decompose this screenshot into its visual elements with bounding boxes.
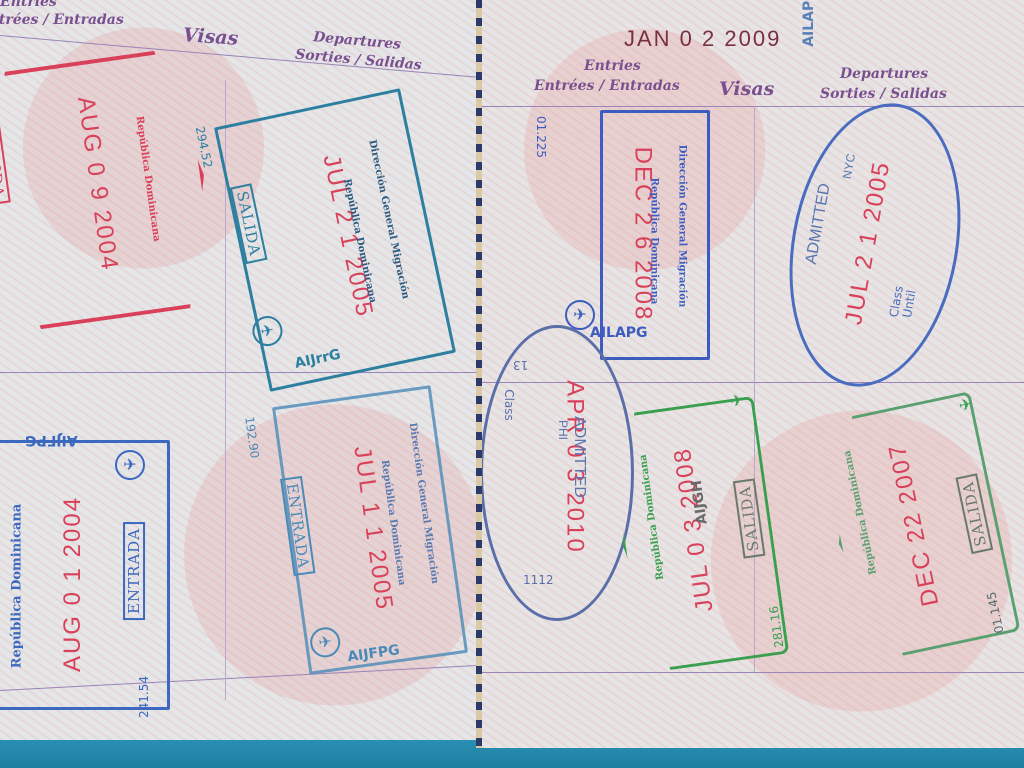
passport-left-page: Entries Entrées / Entradas Visas Departu… xyxy=(0,0,478,740)
page-rule xyxy=(0,372,478,373)
stamp-departure-jul-21-2005: JUL 2 1 2005 Dirección General Migración… xyxy=(214,88,456,392)
header-departures: Departures xyxy=(840,66,928,82)
stamp-entry-dec-26-2008: DEC 2 6 2008 Dirección General Migración… xyxy=(560,110,710,360)
stamp-number-top: 13 xyxy=(513,358,528,372)
stamp-entry-aug-01-2004: AUG 0 1 2004 República Dominicana ENTRAD… xyxy=(0,440,170,710)
stamp-code: AILAPG xyxy=(590,325,648,341)
stamp-port: NYC xyxy=(840,153,858,180)
header-entries: Entries xyxy=(0,0,57,10)
stamp-code: AIJFPG xyxy=(25,432,78,448)
stamp-agency: República Dominicana xyxy=(11,504,23,669)
stamp-port: PHI xyxy=(556,420,570,440)
header-entries-fr-es: Entrées / Entradas xyxy=(534,78,680,94)
stamp-status: ADMITTED xyxy=(803,182,835,266)
stamp-class-label: Class xyxy=(502,389,516,421)
header-visas: Visas xyxy=(182,24,239,50)
stamp-us-admission-jul-21-2005: JUL 2 1 2005 ADMITTED NYC Class Until xyxy=(768,90,981,400)
stamp-us-admission-apr-03-2010: APR 0 3 2010 ADMITTED PHI Class 13 1112 xyxy=(482,325,634,621)
passport-right-page: JAN 0 2 2009 AILAPG Entries Entrées / En… xyxy=(482,0,1024,748)
stamp-entry-jul-11-2005: JUL 1 1 2005 Dirección General Migración… xyxy=(272,385,468,675)
stamp-number: 01.225 xyxy=(534,116,548,158)
airplane-icon: ✈ xyxy=(115,450,145,480)
stamp-number-bottom: 1112 xyxy=(523,573,554,587)
page-rule xyxy=(482,106,1024,107)
header-departures-fr-es: Sorties / Salidas xyxy=(820,86,947,102)
stamp-agency: Dirección General Migración xyxy=(675,145,687,308)
top-stamp-code: AILAPG xyxy=(801,0,817,47)
top-date-stamp: JAN 0 2 2009 xyxy=(624,26,781,52)
stamp-date: AUG 0 1 2004 xyxy=(59,496,87,672)
stamp-date: JUL 2 1 2005 xyxy=(840,159,896,327)
header-entries: Entries xyxy=(584,58,641,74)
page-rule xyxy=(482,672,1024,673)
stamp-number: 241.54 xyxy=(137,676,151,718)
header-visas: Visas xyxy=(719,78,774,100)
stamp-status: ADMITTED xyxy=(570,416,588,498)
header-entries-fr-es: Entrées / Entradas xyxy=(0,12,124,28)
stamp-label: ENTRADA xyxy=(123,522,145,620)
stamp-departure-dec-22-2007: DEC 22 2007 República Dominicana SALIDA … xyxy=(813,391,1020,664)
stamp-departure-jul-03-2008: JUL 0 3 2008 República Dominicana SALIDA… xyxy=(605,396,790,674)
stamp-agency-country: República Dominicana xyxy=(647,178,659,305)
stamp-departure-aug-09-2004: AUG 0 9 2004 República Dominicana SALIDA… xyxy=(0,46,222,333)
stamp-number: 192.90 xyxy=(242,416,262,460)
